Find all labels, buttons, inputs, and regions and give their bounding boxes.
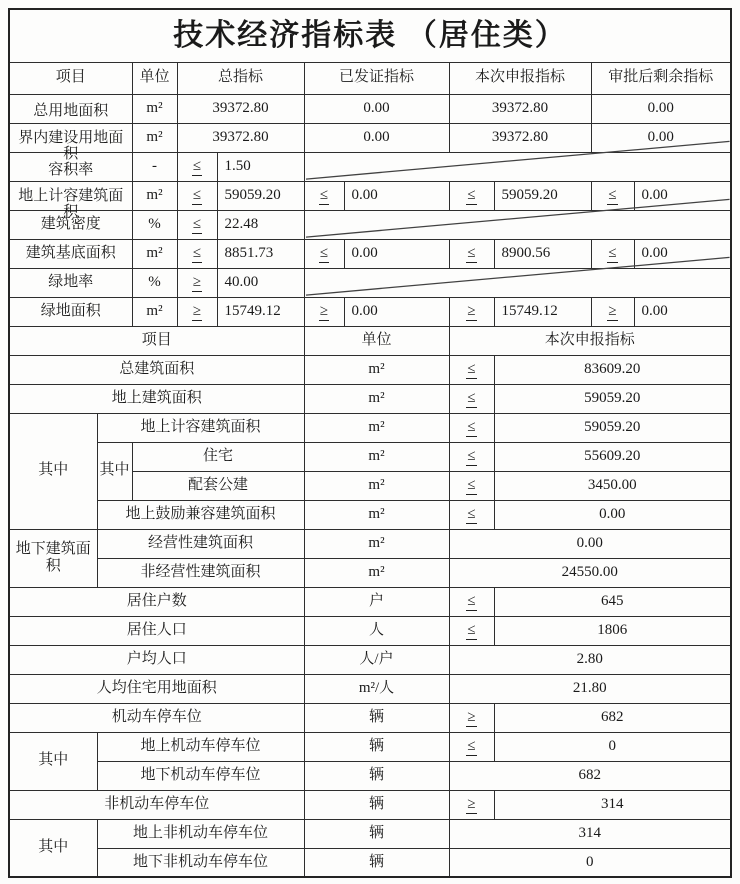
value-cell: 59059.20 (494, 384, 731, 413)
slash-cell (304, 152, 731, 181)
slash-cell (304, 210, 731, 239)
unit-cell: m² (304, 384, 449, 413)
unit-cell: m² (304, 558, 449, 587)
value-cell: 59059.20 (494, 413, 731, 442)
unit-cell: m² (132, 239, 177, 268)
value-cell: 0.00 (494, 500, 731, 529)
value-cell: 0 (494, 732, 731, 761)
header-applied: 本次申报指标 (449, 326, 731, 355)
comparator-cell: ≤ (449, 471, 494, 500)
header-total: 总指标 (177, 62, 304, 94)
comparator-cell: ≥ (177, 268, 217, 297)
comparator-cell: ≤ (449, 442, 494, 471)
row-label-cell: 配套公建 (132, 471, 304, 500)
row-label-cell: 总用地面积 (9, 94, 132, 123)
value-cell: 59059.20 (494, 181, 591, 210)
value-cell: 24550.00 (449, 558, 731, 587)
header-project: 项目 (9, 62, 132, 94)
unit-cell: 户 (304, 587, 449, 616)
row-label-cell: 地上计容建筑面积 (9, 181, 132, 210)
value-cell: 39372.80 (177, 94, 304, 123)
value-cell: 0 (449, 848, 731, 877)
comparator-cell: ≥ (449, 703, 494, 732)
row-label-cell: 非机动车停车位 (9, 790, 304, 819)
value-cell: 39372.80 (177, 123, 304, 152)
row-label-cell: 住宅 (132, 442, 304, 471)
value-cell: 0.00 (591, 123, 731, 152)
row-label-cell: 机动车停车位 (9, 703, 304, 732)
row-label-cell: 地下机动车停车位 (97, 761, 304, 790)
diagonal-slash-icon (305, 211, 731, 239)
unit-cell: 辆 (304, 761, 449, 790)
comparator-cell: ≤ (304, 239, 344, 268)
comparator-cell: ≥ (304, 297, 344, 326)
indicators-table: 技术经济指标表 （居住类） 项目 单位 总指标 已发证指标 本次申报指标 审批后… (8, 8, 732, 878)
row-label-cell: 地上非机动车停车位 (97, 819, 304, 848)
unit-cell: 人 (304, 616, 449, 645)
comparator-cell: ≤ (591, 239, 634, 268)
value-cell: 8851.73 (217, 239, 304, 268)
group-cell: 其中 (9, 413, 97, 529)
unit-cell: 人/户 (304, 645, 449, 674)
value-cell: 21.80 (449, 674, 731, 703)
value-cell: 682 (494, 703, 731, 732)
row-label-cell: 总建筑面积 (9, 355, 304, 384)
value-cell: 3450.00 (494, 471, 731, 500)
row-label-cell: 居住人口 (9, 616, 304, 645)
value-cell: 314 (494, 790, 731, 819)
row-label-cell: 地上机动车停车位 (97, 732, 304, 761)
value-cell: 0.00 (344, 297, 449, 326)
value-cell: 0.00 (344, 239, 449, 268)
row-label-cell: 户均人口 (9, 645, 304, 674)
unit-cell: m² (132, 94, 177, 123)
value-cell: 0.00 (449, 529, 731, 558)
comparator-cell: ≤ (449, 616, 494, 645)
value-cell: 22.48 (217, 210, 304, 239)
value-cell: 8900.56 (494, 239, 591, 268)
unit-cell: % (132, 268, 177, 297)
unit-cell: 辆 (304, 819, 449, 848)
value-cell: 0.00 (304, 94, 449, 123)
comparator-cell: ≥ (177, 297, 217, 326)
value-cell: 1806 (494, 616, 731, 645)
group-cell: 其中 (9, 819, 97, 877)
comparator-cell: ≤ (177, 181, 217, 210)
value-cell: 15749.12 (217, 297, 304, 326)
comparator-cell: ≤ (591, 181, 634, 210)
comparator-cell: ≤ (177, 152, 217, 181)
group-cell: 地下建筑面积 (9, 529, 97, 587)
comparator-cell: ≤ (449, 239, 494, 268)
scanned-document-page: 技术经济指标表 （居住类） 项目 单位 总指标 已发证指标 本次申报指标 审批后… (0, 8, 740, 884)
row-label-cell: 建筑基底面积 (9, 239, 132, 268)
unit-cell: m² (132, 297, 177, 326)
value-cell: 15749.12 (494, 297, 591, 326)
subgroup-cell: 其中 (97, 442, 132, 500)
page-title: 技术经济指标表 （居住类） (9, 9, 731, 62)
header-unit: 单位 (304, 326, 449, 355)
row-label-cell: 地下非机动车停车位 (97, 848, 304, 877)
unit-cell: m² (304, 471, 449, 500)
header-applied: 本次申报指标 (449, 62, 591, 94)
comparator-cell: ≤ (449, 500, 494, 529)
unit-cell: m² (304, 442, 449, 471)
unit-cell: m² (132, 181, 177, 210)
comparator-cell: ≤ (177, 239, 217, 268)
value-cell: 0.00 (344, 181, 449, 210)
value-cell: 0.00 (591, 94, 731, 123)
row-label-cell: 地上建筑面积 (9, 384, 304, 413)
value-cell: 682 (449, 761, 731, 790)
value-cell: 39372.80 (449, 123, 591, 152)
value-cell: 40.00 (217, 268, 304, 297)
unit-cell: 辆 (304, 732, 449, 761)
row-label-cell: 地上鼓励兼容建筑面积 (97, 500, 304, 529)
row-label-cell: 绿地面积 (9, 297, 132, 326)
value-cell: 0.00 (634, 297, 731, 326)
comparator-cell: ≤ (449, 181, 494, 210)
value-cell: 59059.20 (217, 181, 304, 210)
unit-cell: m² (304, 413, 449, 442)
comparator-cell: ≤ (449, 384, 494, 413)
value-cell: 314 (449, 819, 731, 848)
unit-cell: 辆 (304, 848, 449, 877)
unit-cell: m² (304, 355, 449, 384)
row-label-cell: 居住户数 (9, 587, 304, 616)
header-issued: 已发证指标 (304, 62, 449, 94)
value-cell: 55609.20 (494, 442, 731, 471)
value-cell: 2.80 (449, 645, 731, 674)
unit-cell: % (132, 210, 177, 239)
row-label-cell: 人均住宅用地面积 (9, 674, 304, 703)
comparator-cell: ≤ (304, 181, 344, 210)
comparator-cell: ≤ (449, 732, 494, 761)
comparator-cell: ≤ (449, 355, 494, 384)
group-cell: 其中 (9, 732, 97, 790)
unit-cell: m² (132, 123, 177, 152)
row-label-cell: 非经营性建筑面积 (97, 558, 304, 587)
comparator-cell: ≤ (177, 210, 217, 239)
value-cell: 83609.20 (494, 355, 731, 384)
unit-cell: 辆 (304, 703, 449, 732)
comparator-cell: ≥ (591, 297, 634, 326)
unit-cell: m²/人 (304, 674, 449, 703)
row-label-cell: 绿地率 (9, 268, 132, 297)
slash-cell (304, 268, 731, 297)
comparator-cell: ≥ (449, 790, 494, 819)
value-cell: 0.00 (304, 123, 449, 152)
header-remaining: 审批后剩余指标 (591, 62, 731, 94)
unit-cell: m² (304, 500, 449, 529)
diagonal-slash-icon (305, 153, 731, 181)
comparator-cell: ≤ (449, 587, 494, 616)
diagonal-slash-icon (305, 269, 731, 297)
row-label-cell: 地上计容建筑面积 (97, 413, 304, 442)
value-cell: 1.50 (217, 152, 304, 181)
comparator-cell: ≤ (449, 413, 494, 442)
unit-cell: 辆 (304, 790, 449, 819)
comparator-cell: ≥ (449, 297, 494, 326)
unit-cell: - (132, 152, 177, 181)
row-label-cell: 界内建设用地面积 (9, 123, 132, 152)
row-label-cell: 经营性建筑面积 (97, 529, 304, 558)
value-cell: 39372.80 (449, 94, 591, 123)
unit-cell: m² (304, 529, 449, 558)
header-unit: 单位 (132, 62, 177, 94)
header-project: 项目 (9, 326, 304, 355)
value-cell: 645 (494, 587, 731, 616)
